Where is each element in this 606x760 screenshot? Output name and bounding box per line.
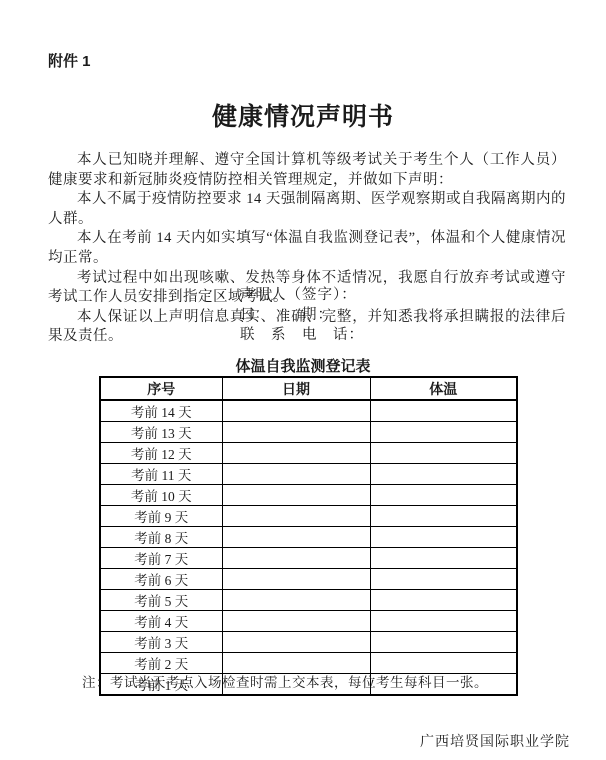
header-date: 日期	[222, 377, 370, 400]
day-label-cell: 考前 3 天	[100, 632, 222, 653]
page-title: 健康情况声明书	[0, 97, 606, 133]
temperature-monitor-table: 序号 日期 体温 考前 14 天 考前 13 天 考前 12 天	[99, 376, 518, 696]
temperature-cell	[370, 422, 517, 443]
table-row: 考前 6 天	[100, 569, 517, 590]
footnote: 注：考试当天考点入场检查时需上交本表，每位考生每科目一张。	[82, 671, 488, 691]
day-label-cell: 考前 7 天	[100, 548, 222, 569]
table-header-row: 序号 日期 体温	[100, 377, 517, 400]
day-label-cell: 考前 6 天	[100, 569, 222, 590]
day-label-cell: 考前 9 天	[100, 506, 222, 527]
document-page: 附件 1 健康情况声明书 本人已知晓并理解、遵守全国计算机等级考试关于考生个人（…	[0, 0, 606, 760]
day-label-cell: 考前 8 天	[100, 527, 222, 548]
table-row: 考前 11 天	[100, 464, 517, 485]
day-label-cell: 考前 5 天	[100, 590, 222, 611]
table-row: 考前 13 天	[100, 422, 517, 443]
temperature-cell	[370, 464, 517, 485]
temperature-cell	[370, 527, 517, 548]
table-row: 考前 3 天	[100, 632, 517, 653]
day-label-cell: 考前 11 天	[100, 464, 222, 485]
temperature-cell	[370, 548, 517, 569]
temperature-cell	[370, 443, 517, 464]
signer-label: 声明人（签字）：	[240, 285, 364, 305]
temperature-cell	[370, 400, 517, 422]
temperature-cell	[370, 611, 517, 632]
date-cell	[222, 443, 370, 464]
declaration-paragraph: 本人不属于疫情防控要求 14 天强制隔离期、医学观察期或自我隔离期内的人群。	[48, 190, 566, 229]
date-cell	[222, 611, 370, 632]
attachment-label: 附件 1	[48, 50, 91, 71]
temperature-cell	[370, 590, 517, 611]
date-cell	[222, 548, 370, 569]
date-cell	[222, 527, 370, 548]
signature-block: 声明人（签字）： 日 期： 联 系 电 话：	[240, 285, 364, 345]
table-row: 考前 10 天	[100, 485, 517, 506]
institution-footer: 广西培贤国际职业学院	[420, 731, 570, 751]
day-label-cell: 考前 12 天	[100, 443, 222, 464]
table-row: 考前 7 天	[100, 548, 517, 569]
temperature-cell	[370, 506, 517, 527]
date-label: 日 期：	[240, 305, 364, 325]
date-cell	[222, 485, 370, 506]
table-row: 考前 8 天	[100, 527, 517, 548]
table-row: 考前 4 天	[100, 611, 517, 632]
header-temp: 体温	[370, 377, 517, 400]
temperature-cell	[370, 485, 517, 506]
table-row: 考前 5 天	[100, 590, 517, 611]
declaration-paragraph: 本人已知晓并理解、遵守全国计算机等级考试关于考生个人（工作人员）健康要求和新冠肺…	[48, 151, 566, 190]
day-label-cell: 考前 13 天	[100, 422, 222, 443]
day-label-cell: 考前 10 天	[100, 485, 222, 506]
table-row: 考前 14 天	[100, 400, 517, 422]
temperature-cell	[370, 569, 517, 590]
date-cell	[222, 506, 370, 527]
declaration-paragraph: 本人在考前 14 天内如实填写“体温自我监测登记表”，体温和个人健康情况均正常。	[48, 229, 566, 268]
date-cell	[222, 590, 370, 611]
table-row: 考前 12 天	[100, 443, 517, 464]
day-label-cell: 考前 14 天	[100, 400, 222, 422]
date-cell	[222, 422, 370, 443]
phone-label: 联 系 电 话：	[240, 325, 364, 345]
date-cell	[222, 569, 370, 590]
header-seq: 序号	[100, 377, 222, 400]
table-row: 考前 9 天	[100, 506, 517, 527]
day-label-cell: 考前 4 天	[100, 611, 222, 632]
date-cell	[222, 400, 370, 422]
date-cell	[222, 632, 370, 653]
temperature-cell	[370, 632, 517, 653]
table-title: 体温自我监测登记表	[0, 355, 606, 376]
date-cell	[222, 464, 370, 485]
